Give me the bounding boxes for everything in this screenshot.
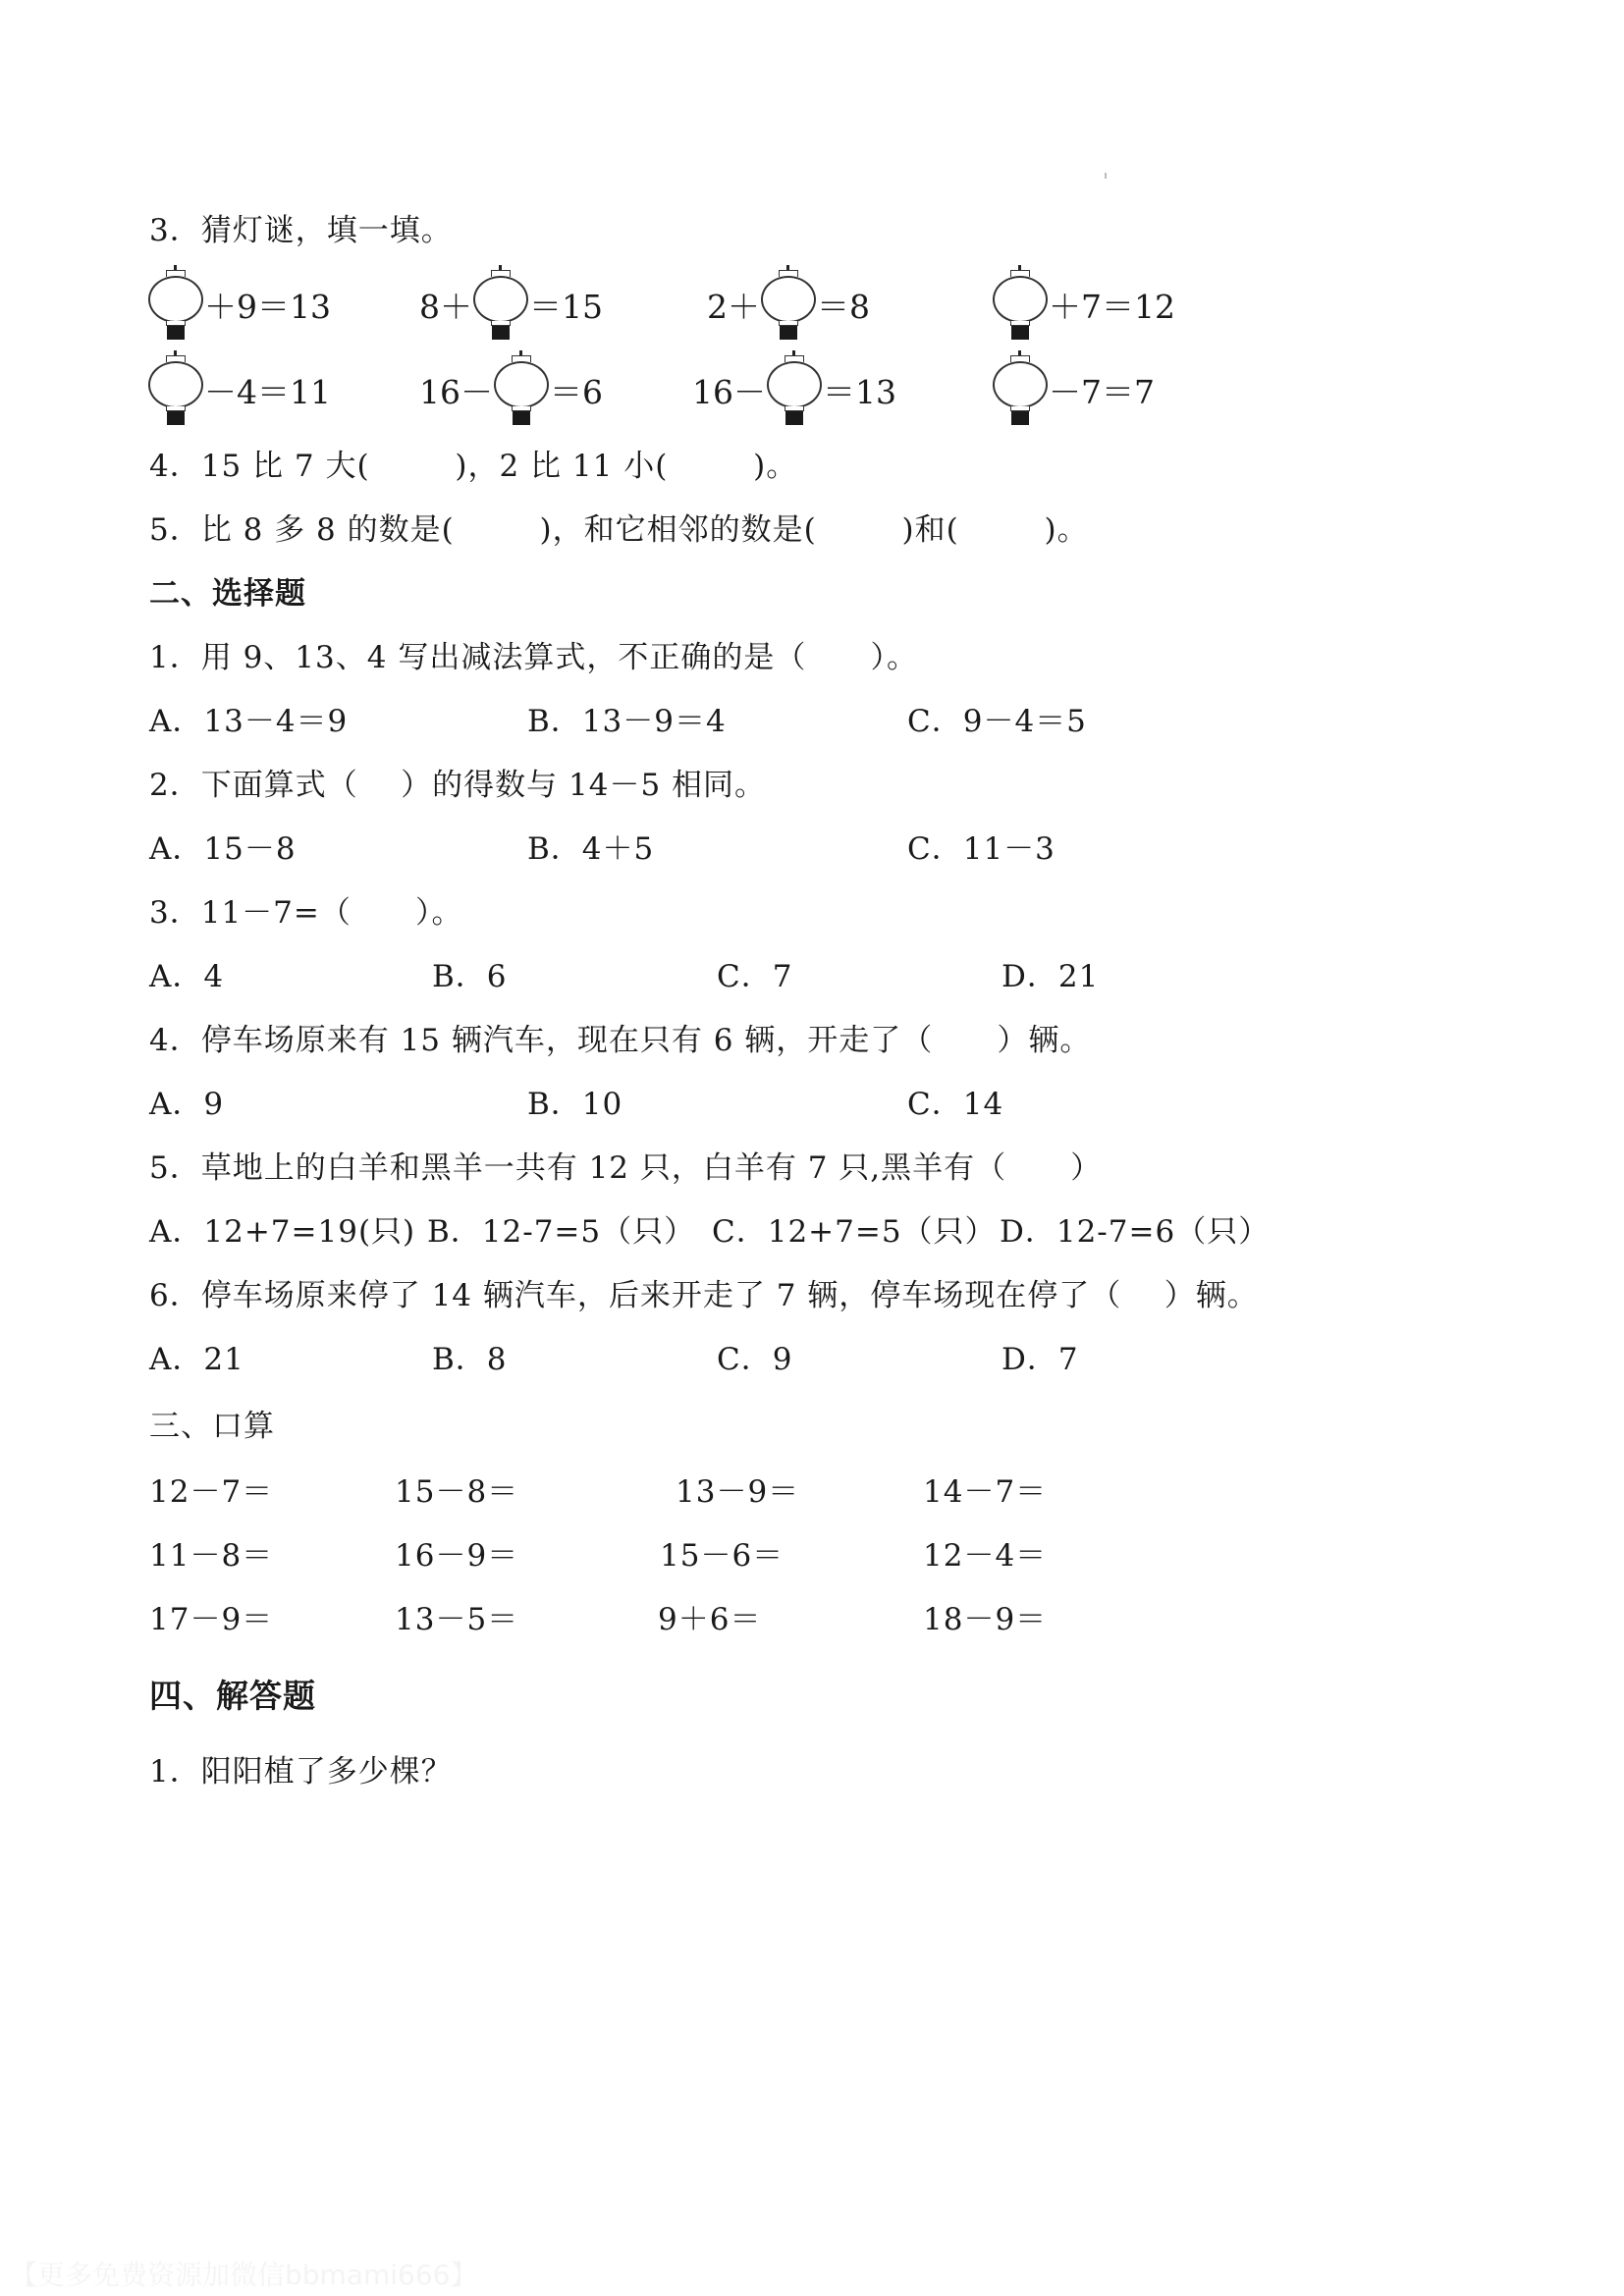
mc-1-option-c[interactable]: C．9－4＝5 — [907, 702, 1087, 741]
lantern-equation-5: －4＝11 — [147, 350, 331, 429]
lantern-icon[interactable] — [472, 265, 529, 344]
mc-4-option-a[interactable]: A．9 — [149, 1085, 224, 1124]
mc-6-option-c[interactable]: C．9 — [717, 1340, 792, 1379]
mental-math-item[interactable]: 16－9＝ — [395, 1536, 518, 1575]
lantern-icon[interactable] — [147, 350, 204, 429]
mc-1-option-a[interactable]: A．13－4＝9 — [149, 702, 348, 741]
mc-6-option-d[interactable]: D．7 — [1001, 1340, 1079, 1379]
mental-math-item[interactable]: 17－9＝ — [149, 1600, 273, 1639]
section-heading-multiple-choice: 二、选择题 — [149, 574, 306, 614]
lantern-equation-6: 16－ ＝6 — [419, 350, 603, 429]
mc-3-option-c[interactable]: C．7 — [717, 957, 792, 996]
scan-artifact-mark — [1105, 173, 1107, 179]
lantern-equation-1: ＋9＝13 — [147, 265, 331, 344]
mental-math-item[interactable]: 13－9＝ — [676, 1472, 799, 1512]
lantern-icon[interactable] — [760, 265, 817, 344]
mc-3-option-b[interactable]: B．6 — [432, 957, 508, 996]
mc-5-option-d[interactable]: D．12-7=6（只） — [1000, 1212, 1270, 1252]
mc-5-option-a[interactable]: A．12+7=19(只) — [149, 1212, 415, 1252]
mental-math-item[interactable]: 12－7＝ — [149, 1472, 273, 1512]
lantern-equation-4: ＋7＝12 — [992, 265, 1175, 344]
mc-3-option-a[interactable]: A．4 — [149, 957, 224, 996]
mental-math-item[interactable]: 18－9＝ — [923, 1600, 1047, 1639]
mental-math-item[interactable]: 11－8＝ — [149, 1536, 273, 1575]
question-4-compare[interactable]: 4．15 比 7 大( )，2 比 11 小( )。 — [149, 447, 797, 486]
mc-4-option-b[interactable]: B．10 — [527, 1085, 623, 1124]
mental-math-item[interactable]: 15－8＝ — [395, 1472, 518, 1512]
lantern-icon[interactable] — [493, 350, 550, 429]
mc-3-option-d[interactable]: D．21 — [1001, 957, 1099, 996]
lantern-equation-8: －7＝7 — [992, 350, 1155, 429]
lantern-equation-2: 8＋ ＝15 — [419, 265, 603, 344]
mc-question-5: 5．草地上的白羊和黑羊一共有 12 只，白羊有 7 只,黑羊有（ ） — [149, 1148, 1102, 1188]
mc-question-4: 4．停车场原来有 15 辆汽车，现在只有 6 辆，开走了（ ）辆。 — [149, 1021, 1091, 1060]
mc-6-option-b[interactable]: B．8 — [432, 1340, 508, 1379]
mental-math-item[interactable]: 14－7＝ — [923, 1472, 1047, 1512]
mc-2-option-b[interactable]: B．4＋5 — [527, 829, 654, 869]
question-5-neighbors[interactable]: 5．比 8 多 8 的数是( )，和它相邻的数是( )和( )。 — [149, 510, 1089, 550]
mc-question-1: 1．用 9、13、4 写出减法算式，不正确的是（ ）。 — [149, 638, 918, 677]
mc-5-option-b[interactable]: B．12-7=5（只） — [427, 1212, 695, 1252]
mc-1-option-b[interactable]: B．13－9＝4 — [527, 702, 727, 741]
mental-math-item[interactable]: 9＋6＝ — [658, 1600, 761, 1639]
mc-question-3: 3．11－7=（ ）。 — [149, 893, 463, 933]
lantern-icon[interactable] — [992, 350, 1049, 429]
mc-2-option-a[interactable]: A．15－8 — [149, 829, 297, 869]
section-heading-word-problems: 四、解答题 — [149, 1677, 316, 1716]
mc-6-option-a[interactable]: A．21 — [149, 1340, 244, 1379]
mc-5-option-c[interactable]: C．12+7=5（只） — [712, 1212, 997, 1252]
lantern-icon[interactable] — [766, 350, 823, 429]
footer-watermark: 【更多免费资源加微信bbmami666】 — [10, 2254, 477, 2293]
mc-question-2: 2．下面算式（ ）的得数与 14－5 相同。 — [149, 766, 766, 805]
section-heading-mental-math: 三、口算 — [149, 1407, 275, 1446]
mc-question-6: 6．停车场原来停了 14 辆汽车，后来开走了 7 辆，停车场现在停了（ ）辆。 — [149, 1276, 1259, 1315]
mc-2-option-c[interactable]: C．11－3 — [907, 829, 1056, 869]
mental-math-item[interactable]: 13－5＝ — [395, 1600, 518, 1639]
lantern-equation-7: 16－ ＝13 — [692, 350, 896, 429]
word-problem-1: 1．阳阳植了多少棵？ — [149, 1752, 453, 1791]
lantern-equation-3: 2＋ ＝8 — [707, 265, 870, 344]
mc-4-option-c[interactable]: C．14 — [907, 1085, 1003, 1124]
question-3-lantern-riddle: 3．猜灯谜，填一填。 — [149, 211, 453, 250]
lantern-icon[interactable] — [992, 265, 1049, 344]
lantern-icon[interactable] — [147, 265, 204, 344]
mental-math-item[interactable]: 12－4＝ — [923, 1536, 1047, 1575]
mental-math-item[interactable]: 15－6＝ — [660, 1536, 784, 1575]
